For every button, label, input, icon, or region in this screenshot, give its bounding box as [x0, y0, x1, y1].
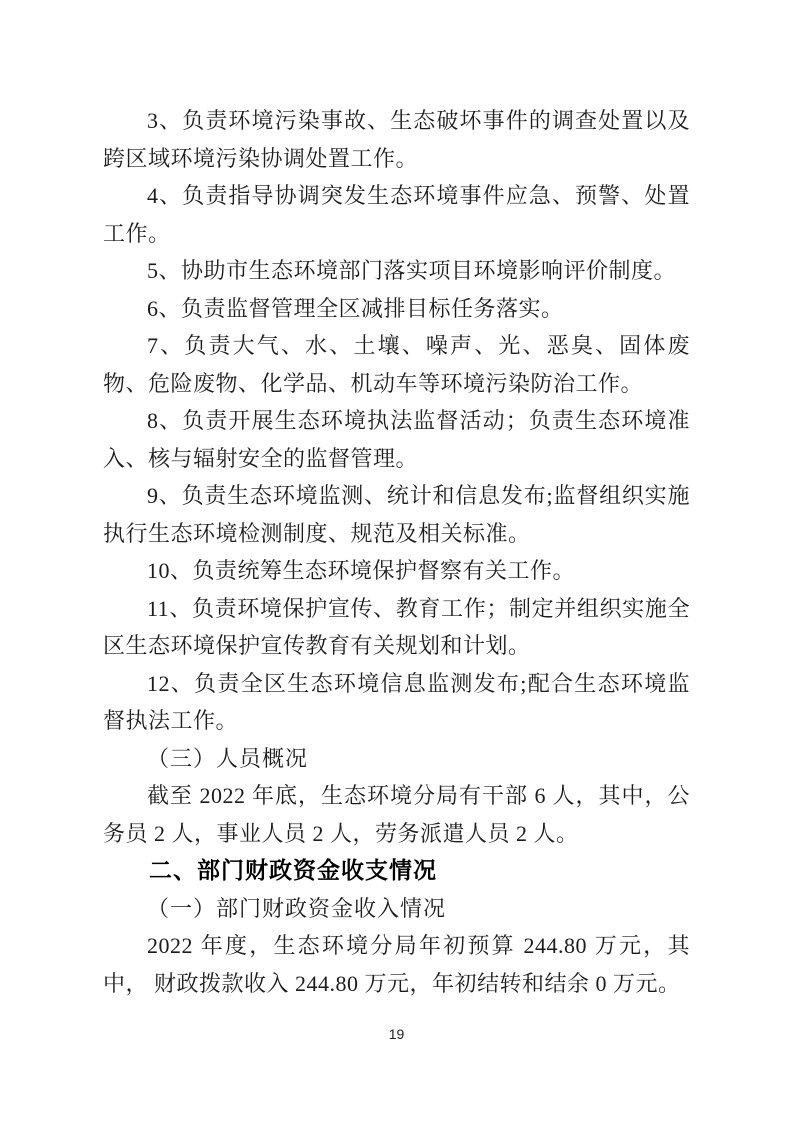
- sub-heading-fiscal-income: （一）部门财政资金收入情况: [103, 890, 690, 928]
- paragraph-duty-9: 9、负责生态环境监测、统计和信息发布;监督组织实施执行生态环境检测制度、规范及相…: [103, 477, 690, 552]
- paragraph-personnel-figures: 截至 2022 年底，生态环境分局有干部 6 人，其中，公务员 2 人，事业人员…: [103, 777, 690, 852]
- sub-heading-personnel-overview: （三）人员概况: [103, 740, 690, 778]
- paragraph-duty-5: 5、协助市生态环境部门落实项目环境影响评价制度。: [103, 252, 690, 290]
- paragraph-duty-4: 4、负责指导协调突发生态环境事件应急、预警、处置工作。: [103, 177, 690, 252]
- paragraph-duty-11: 11、负责环境保护宣传、教育工作；制定并组织实施全区生态环境保护宣传教育有关规划…: [103, 590, 690, 665]
- section-heading-fiscal-funds: 二、部门财政资金收支情况: [103, 852, 690, 890]
- paragraph-duty-6: 6、负责监督管理全区减排目标任务落实。: [103, 290, 690, 328]
- paragraph-budget-figures: 2022 年度，生态环境分局年初预算 244.80 万元，其中， 财政拨款收入 …: [103, 927, 690, 1002]
- page-number: 19: [0, 1026, 793, 1042]
- document-content: 3、负责环境污染事故、生态破坏事件的调查处置以及跨区域环境污染协调处置工作。 4…: [103, 102, 690, 1002]
- paragraph-duty-10: 10、负责统筹生态环境保护督察有关工作。: [103, 552, 690, 590]
- paragraph-duty-12: 12、负责全区生态环境信息监测发布;配合生态环境监督执法工作。: [103, 665, 690, 740]
- paragraph-duty-3: 3、负责环境污染事故、生态破坏事件的调查处置以及跨区域环境污染协调处置工作。: [103, 102, 690, 177]
- paragraph-duty-7: 7、负责大气、水、土壤、噪声、光、恶臭、固体废物、危险废物、化学品、机动车等环境…: [103, 327, 690, 402]
- paragraph-duty-8: 8、负责开展生态环境执法监督活动；负责生态环境准入、核与辐射安全的监督管理。: [103, 402, 690, 477]
- document-page: 3、负责环境污染事故、生态破坏事件的调查处置以及跨区域环境污染协调处置工作。 4…: [0, 0, 793, 1122]
